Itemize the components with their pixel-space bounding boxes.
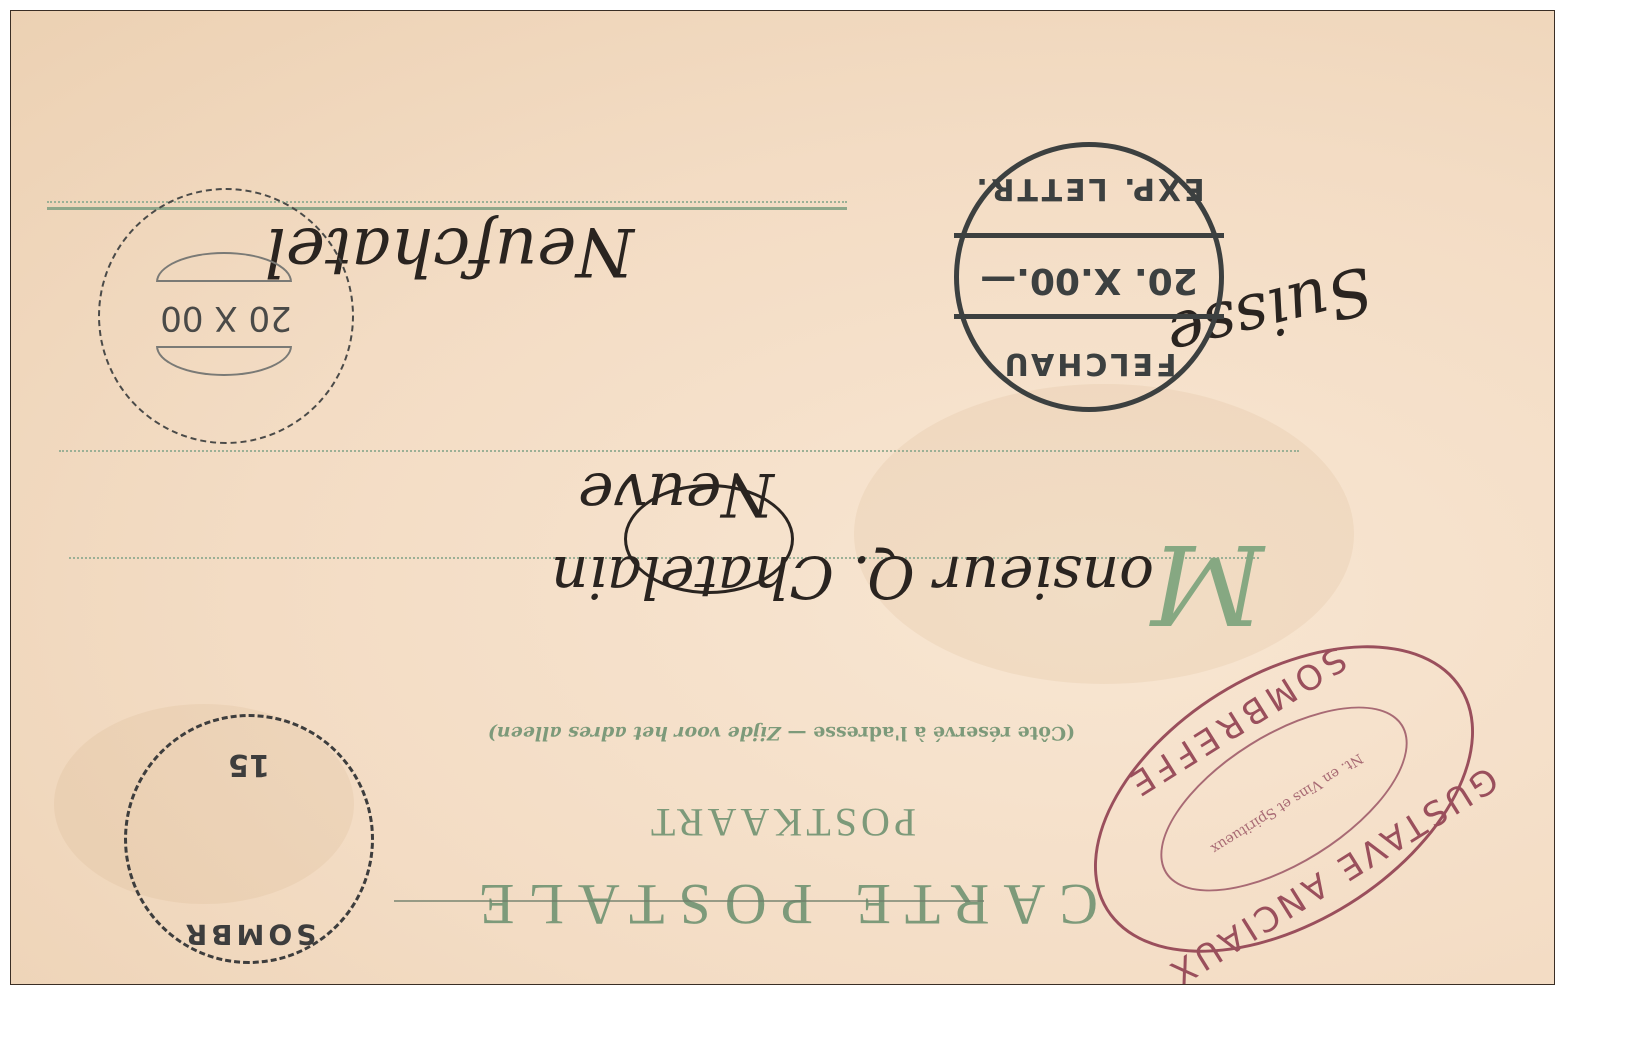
paper-stain xyxy=(854,384,1354,684)
postmark-felchau-place: FELCHAU xyxy=(959,346,1219,381)
postmark-felchau-office: EXP. LETTR. xyxy=(959,171,1219,206)
postmark-sombreffe-place: SOMBR xyxy=(127,918,371,951)
postmark-sombreffe-fragment: 15 xyxy=(127,747,371,782)
postcard: CARTE POSTALE POSTKAART (Côte réservé à … xyxy=(10,10,1555,985)
address-street: Neuve xyxy=(578,464,774,524)
title-strikethrough xyxy=(394,900,984,902)
postmark-sombreffe: SOMBR 15 xyxy=(124,714,374,964)
postmark-felchau: FELCHAU 20. X.00.— EXP. LETTR. xyxy=(954,142,1224,412)
address-line-2 xyxy=(59,450,1299,452)
postmark-arrival-date: 20 X 00 xyxy=(100,298,352,338)
postmark-ornament-top xyxy=(156,346,292,376)
notice-separator: — xyxy=(781,722,813,744)
notice-french: (Côte réservé à l'adresse xyxy=(813,722,1075,744)
postmark-felchau-date: 20. X.00.— xyxy=(959,260,1219,301)
notice-dutch: Zijde voor het adres alleen) xyxy=(488,722,781,744)
salutation-initial: M xyxy=(1151,529,1264,639)
postmark-arrival: 20 X 00 xyxy=(98,188,354,444)
postmark-ornament-bottom xyxy=(156,252,292,282)
